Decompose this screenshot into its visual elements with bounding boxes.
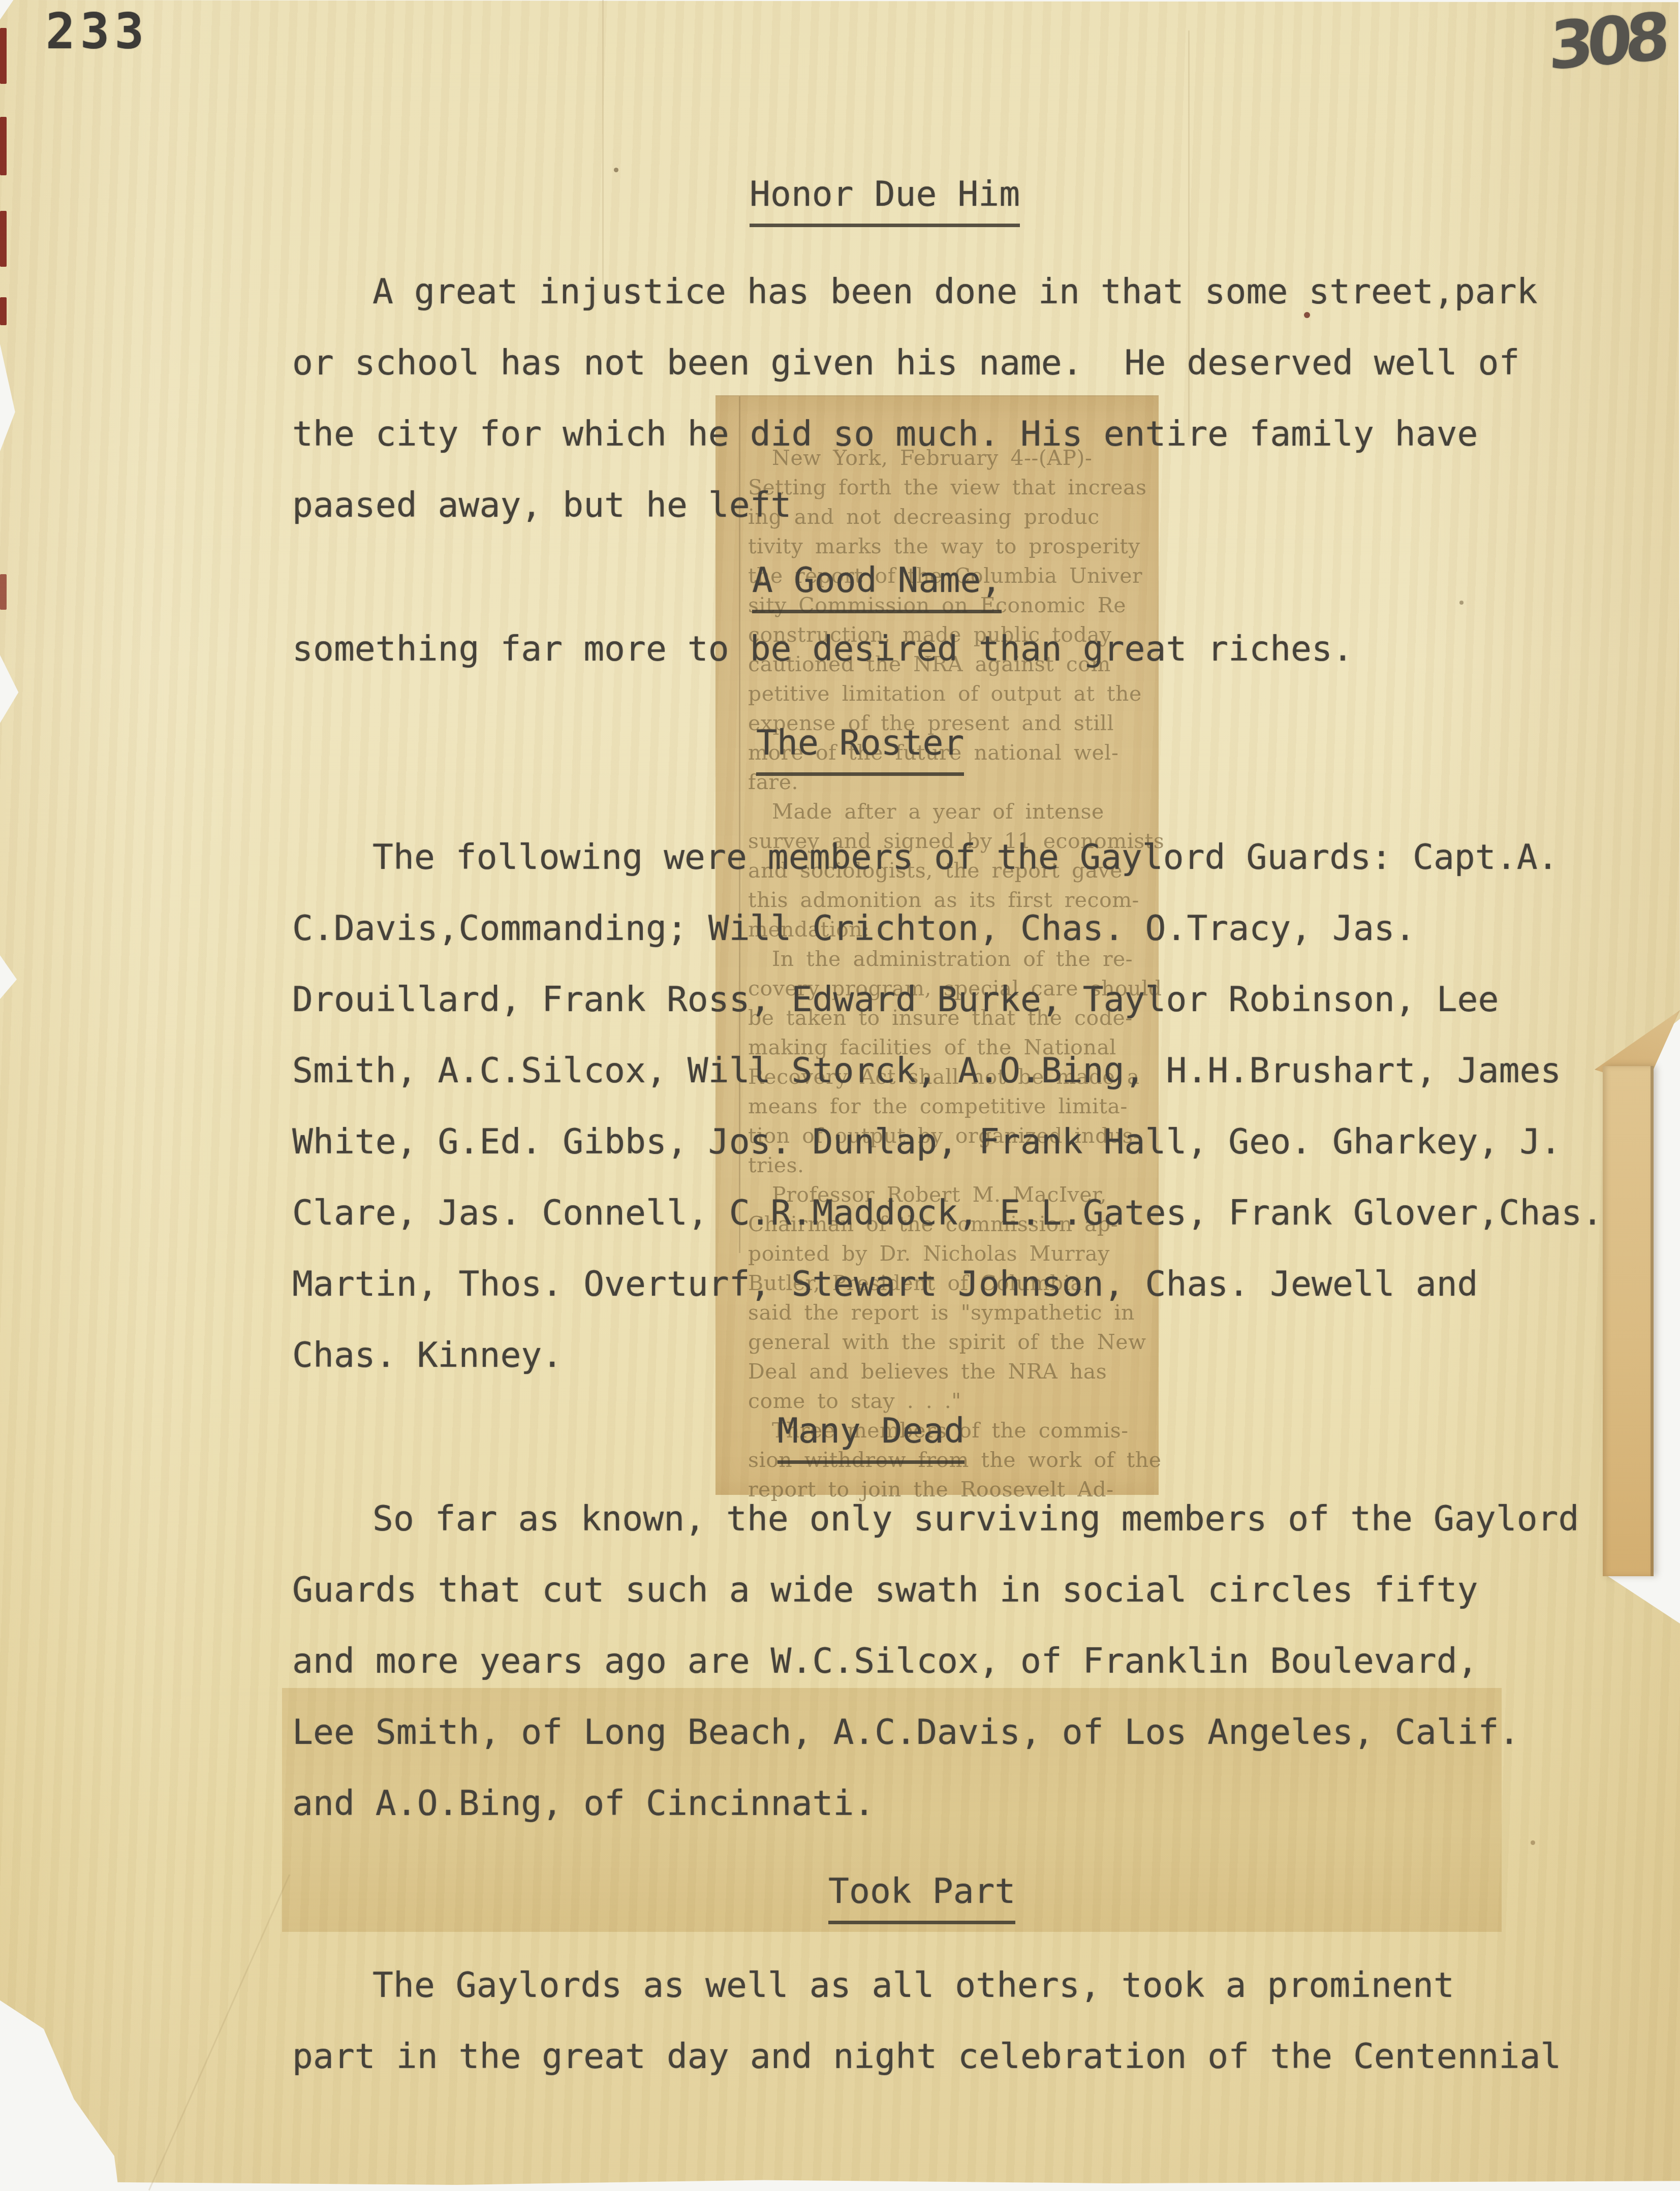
typed-line: Drouillard, Frank Ross, Edward Burke, Ta… (292, 964, 1603, 1036)
typed-line: the city for which he did so much. His e… (292, 399, 1538, 470)
typed-line: The following were members of the Gaylor… (292, 822, 1603, 893)
heading-a-good-name-text: A Good Name, (752, 558, 1002, 613)
handwritten-folio-number: 308 (1548, 0, 1665, 85)
typed-line: or school has not been given his name. H… (292, 328, 1538, 399)
typed-line: So far as known, the only surviving memb… (292, 1484, 1579, 1555)
paragraph-something: something far more to be desired than gr… (292, 614, 1353, 685)
typed-line: Martin, Thos. Overturf, Stewart Johnson,… (292, 1249, 1603, 1320)
typed-line: paased away, but he left (292, 470, 1538, 541)
torn-flap (1603, 1066, 1654, 1576)
scan-edge-artifact (0, 117, 7, 175)
paper-speck (1459, 601, 1464, 605)
typed-line: Chas. Kinney. (292, 1320, 1603, 1391)
heading-took-part-text: Took Part (828, 1869, 1015, 1924)
typewritten-text-layer: Honor Due Him A great injustice has been… (0, 0, 1680, 2191)
paper-speck (1304, 312, 1310, 318)
typed-line: part in the great day and night celebrat… (292, 2021, 1561, 2092)
scan-edge-artifact (0, 28, 7, 84)
heading-took-part: Took Part (828, 1869, 1015, 1924)
typed-line: something far more to be desired than gr… (292, 614, 1353, 685)
page-title-text: Honor Due Him (750, 172, 1020, 227)
typed-line: The Gaylords as well as all others, took… (292, 1950, 1561, 2021)
typed-line: White, G.Ed. Gibbs, Jos. Dunlap, Frank H… (292, 1107, 1603, 1178)
paragraph-injustice: A great injustice has been done in that … (292, 257, 1538, 541)
scan-edge-artifact (0, 297, 7, 325)
typed-line: Clare, Jas. Connell, C.R.Maddock, E.L.Ga… (292, 1178, 1603, 1249)
paragraph-survivors: So far as known, the only surviving memb… (292, 1484, 1579, 1839)
heading-the-roster-text: The Roster (756, 721, 964, 776)
typed-line: Lee Smith, of Long Beach, A.C.Davis, of … (292, 1697, 1579, 1768)
paragraph-centennial: The Gaylords as well as all others, took… (292, 1950, 1561, 2092)
page-title: Honor Due Him (750, 172, 1020, 227)
paper-speck (614, 168, 618, 172)
page-number-stamp: 233 (46, 3, 149, 60)
typed-line: A great injustice has been done in that … (292, 257, 1538, 328)
heading-many-dead-text: Many Dead (777, 1408, 965, 1464)
heading-a-good-name: A Good Name, (752, 558, 1002, 613)
typed-line: and more years ago are W.C.Silcox, of Fr… (292, 1626, 1579, 1697)
paper-speck (1531, 1840, 1535, 1845)
typed-line: C.Davis,Commanding; Will Crichton, Chas.… (292, 893, 1603, 964)
paragraph-roster: The following were members of the Gaylor… (292, 822, 1603, 1391)
scan-edge-artifact (0, 574, 7, 610)
paper-speck (326, 1134, 330, 1138)
heading-the-roster: The Roster (756, 721, 964, 776)
typed-line: Guards that cut such a wide swath in soc… (292, 1555, 1579, 1626)
typed-line: and A.O.Bing, of Cincinnati. (292, 1768, 1579, 1839)
typed-line: Smith, A.C.Silcox, Will Storck, A.O.Bing… (292, 1036, 1603, 1107)
scan-edge-artifact (0, 211, 7, 267)
heading-many-dead: Many Dead (777, 1408, 965, 1464)
